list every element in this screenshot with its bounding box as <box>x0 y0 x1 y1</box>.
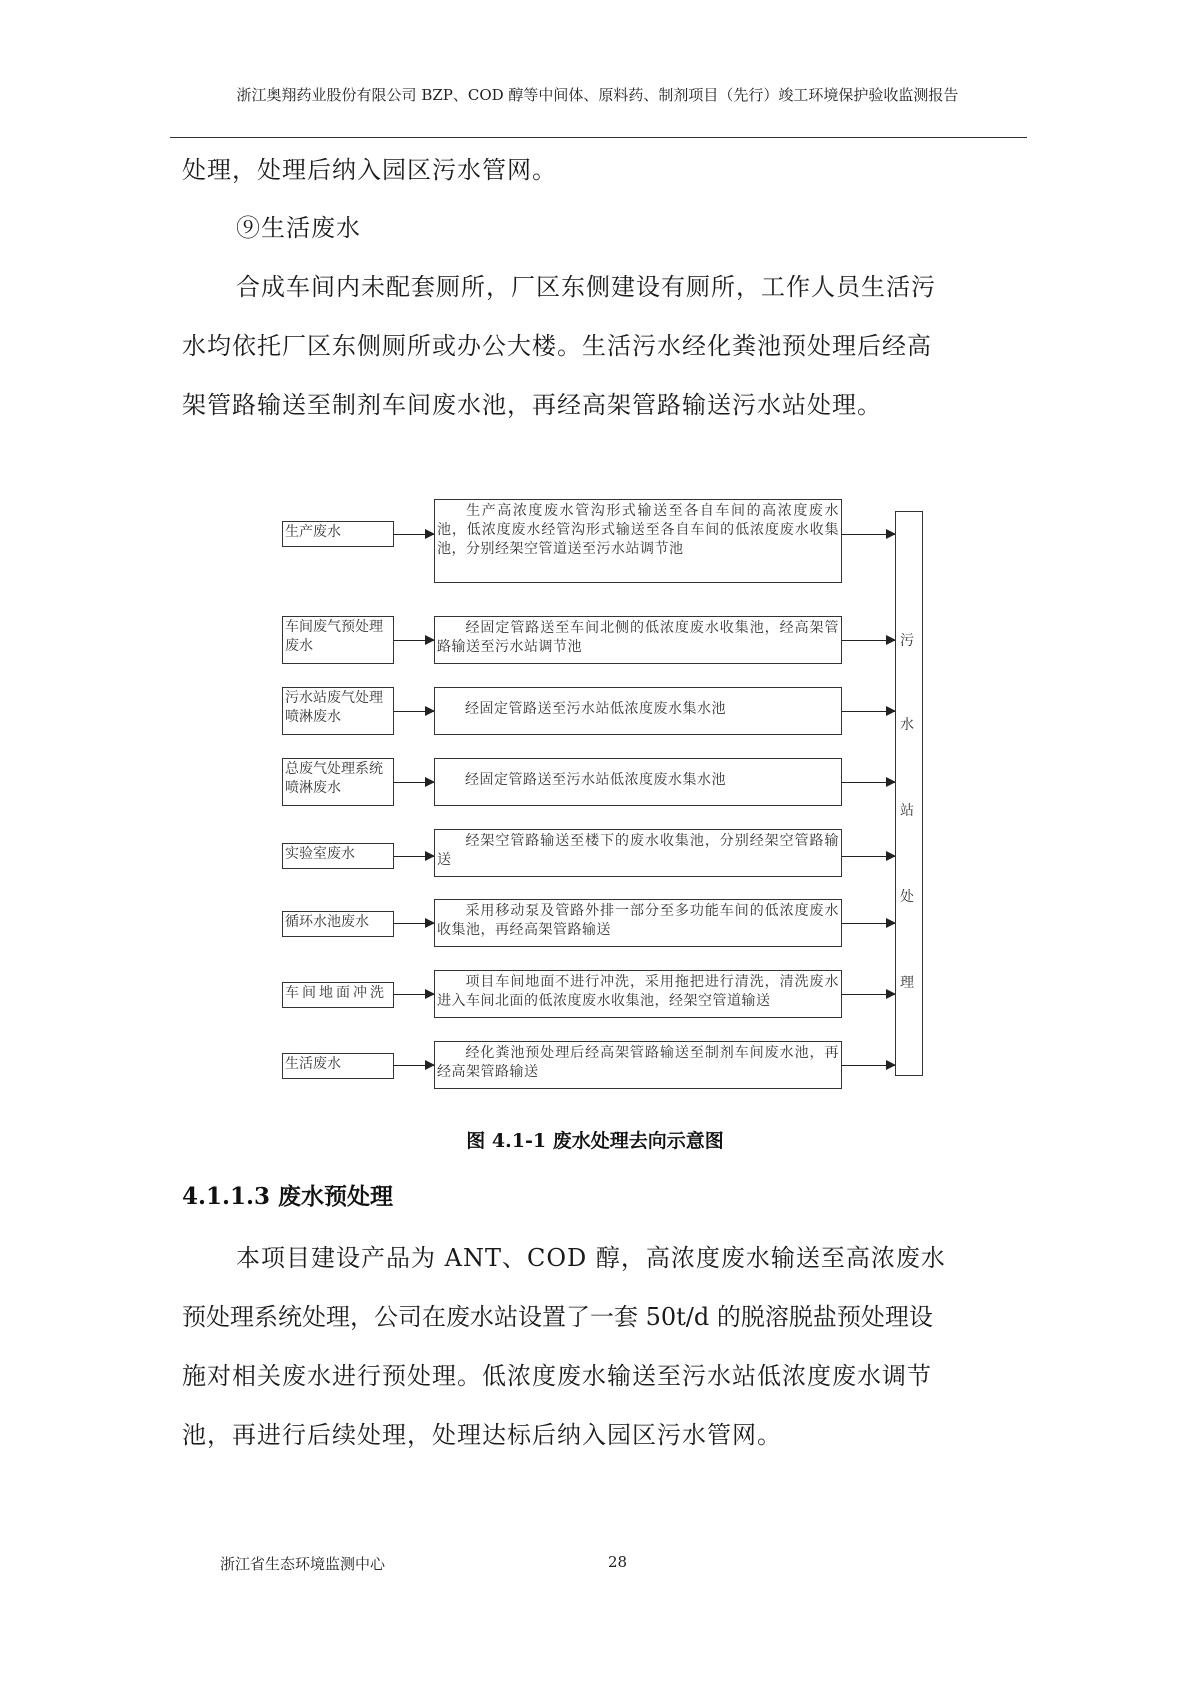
source-box: 总废气处理系统喷淋废水 <box>282 758 394 806</box>
sewage-station-box: 污 水 站 处 理 <box>895 511 923 1076</box>
arrow-icon <box>842 711 895 712</box>
body-line: 预处理系统处理，公司在废水站设置了一套 50t/d 的脱溶脱盐预处理设 <box>182 1297 933 1332</box>
arrow-icon <box>394 923 434 924</box>
source-box: 实验室废水 <box>282 843 394 869</box>
body-line: 合成车间内未配套厕所，厂区东侧建设有厕所，工作人员生活污 <box>236 267 936 302</box>
station-char: 水 <box>900 714 914 734</box>
route-box: 采用移动泵及管路外排一部分至多功能车间的低浓度废水收集池，再经高架管路输送 <box>434 899 842 947</box>
route-box: 经固定管路送至污水站低浓度废水集水池 <box>434 687 842 735</box>
arrow-icon <box>394 856 434 857</box>
route-text: 生产高浓度废水管沟形式输送至各自车间的高浓度废水池，低浓度废水经管沟形式输送至各… <box>437 503 839 557</box>
route-text: 经化粪池预处理后经高架管路输送至制剂车间废水池，再经高架管路输送 <box>437 1045 839 1080</box>
route-text: 经架空管路输送至楼下的废水收集池，分别经架空管路输送 <box>437 833 839 868</box>
source-box: 污水站废气处理喷淋废水 <box>282 687 394 735</box>
route-text: 经固定管路送至污水站低浓度废水集水池 <box>465 772 726 788</box>
body-line: 本项目建设产品为 ANT、COD 醇，高浓度废水输送至高浓废水 <box>236 1238 946 1273</box>
source-box: 车间废气预处理废水 <box>282 616 394 664</box>
body-line: 处理，处理后纳入园区污水管网。 <box>182 150 557 185</box>
source-box: 车间地面冲洗 <box>282 982 394 1008</box>
route-text: 经固定管路送至污水站低浓度废水集水池 <box>465 701 726 717</box>
arrow-icon <box>842 856 895 857</box>
route-box: 生产高浓度废水管沟形式输送至各自车间的高浓度废水池，低浓度废水经管沟形式输送至各… <box>434 499 842 583</box>
body-line: 水均依托厂区东侧厕所或办公大楼。生活污水经化粪池预处理后经高 <box>182 326 932 361</box>
arrow-icon <box>842 782 895 783</box>
source-box: 生活废水 <box>282 1053 394 1079</box>
source-box: 生产废水 <box>282 521 394 547</box>
report-header-title: 浙江奥翔药业股份有限公司 BZP、COD 醇等中间体、原料药、制剂项目（先行）竣… <box>170 84 1025 107</box>
arrow-icon <box>842 534 895 535</box>
arrow-icon <box>394 1065 434 1066</box>
station-char: 污 <box>900 630 914 650</box>
arrow-icon <box>842 640 895 641</box>
route-text: 项目车间地面不进行冲洗，采用拖把进行清洗，清洗废水进入车间北面的低浓度废水收集池… <box>437 974 839 1009</box>
station-char: 站 <box>900 800 914 820</box>
arrow-icon <box>394 640 434 641</box>
body-line: 施对相关废水进行预处理。低浓度废水输送至污水站低浓度废水调节 <box>182 1356 932 1391</box>
arrow-icon <box>842 1065 895 1066</box>
route-box: 经固定管路送至污水站低浓度废水集水池 <box>434 758 842 806</box>
header-divider <box>170 137 1027 138</box>
arrow-icon <box>394 534 434 535</box>
arrow-icon <box>842 923 895 924</box>
route-box: 经化粪池预处理后经高架管路输送至制剂车间废水池，再经高架管路输送 <box>434 1041 842 1089</box>
station-char: 理 <box>900 972 914 992</box>
arrow-icon <box>394 994 434 995</box>
route-box: 经架空管路输送至楼下的废水收集池，分别经架空管路输送 <box>434 829 842 877</box>
route-text: 经固定管路送至车间北侧的低浓度废水收集池，经高架管路输送至污水站调节池 <box>437 620 839 655</box>
arrow-icon <box>842 994 895 995</box>
station-char: 处 <box>900 886 914 906</box>
arrow-icon <box>394 782 434 783</box>
footer-organization: 浙江省生态环境监测中心 <box>220 1553 385 1574</box>
page-number: 28 <box>608 1553 627 1571</box>
subheading-domestic-wastewater: ⑨生活废水 <box>236 208 361 243</box>
body-line: 架管路输送至制剂车间废水池，再经高架管路输送污水站处理。 <box>182 385 882 420</box>
route-text: 采用移动泵及管路外排一部分至多功能车间的低浓度废水收集池，再经高架管路输送 <box>437 903 839 938</box>
body-line: 池，再进行后续处理，处理达标后纳入园区污水管网。 <box>182 1415 782 1450</box>
section-heading: 4.1.1.3 废水预处理 <box>182 1178 393 1211</box>
arrow-icon <box>394 711 434 712</box>
route-box: 项目车间地面不进行冲洗，采用拖把进行清洗，清洗废水进入车间北面的低浓度废水收集池… <box>434 970 842 1018</box>
source-box: 循环水池废水 <box>282 911 394 937</box>
route-box: 经固定管路送至车间北侧的低浓度废水收集池，经高架管路输送至污水站调节池 <box>434 616 842 664</box>
figure-caption: 图 4.1-1 废水处理去向示意图 <box>0 1126 1190 1153</box>
